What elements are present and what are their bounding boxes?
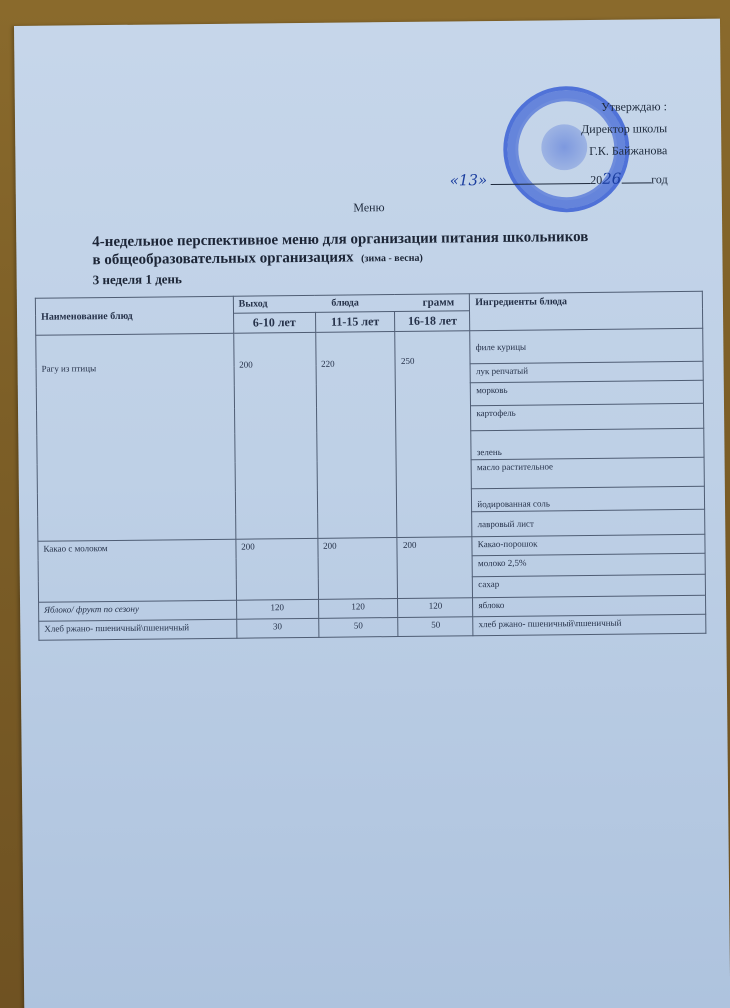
approval-date: «13» 2026год bbox=[450, 167, 668, 192]
ingredient: молоко 2,5% bbox=[472, 553, 705, 576]
ingredient: зелень bbox=[471, 428, 704, 459]
header-age-6-10: 6-10 лет bbox=[233, 312, 315, 333]
portion-16-18: 120 bbox=[398, 598, 473, 618]
approval-signatory: Г.К. Байжанова bbox=[449, 139, 667, 163]
dish-name: Яблоко/ фрукт по сезону bbox=[39, 600, 237, 621]
header-yield-3: грамм bbox=[423, 296, 455, 308]
ingredient: картофель bbox=[471, 403, 704, 430]
ingredient: яблоко bbox=[473, 595, 706, 616]
portion-11-15: 200 bbox=[317, 538, 398, 600]
week-day-label: 3 неделя 1 день bbox=[93, 266, 589, 289]
approval-day: «13» bbox=[450, 171, 488, 189]
portion-11-15: 220 bbox=[315, 332, 397, 539]
approval-block: Утверждаю : Директор школы Г.К. Байжанов… bbox=[449, 95, 668, 192]
header-age-11-15: 11-15 лет bbox=[315, 312, 395, 333]
document-page: Утверждаю : Директор школы Г.К. Байжанов… bbox=[14, 19, 730, 1008]
year-word: год bbox=[651, 172, 668, 186]
menu-table: Наименование блюд Выход блюда грамм Ингр… bbox=[35, 291, 707, 641]
ingredient: сахар bbox=[473, 574, 706, 597]
ingredient: филе курицы bbox=[470, 328, 703, 363]
portion-16-18: 250 bbox=[395, 331, 472, 538]
approval-position: Директор школы bbox=[449, 117, 667, 141]
portion-6-10: 200 bbox=[236, 538, 318, 600]
portion-16-18: 50 bbox=[398, 617, 473, 637]
dish-name: Какао с молоком bbox=[38, 539, 236, 602]
portion-6-10: 200 bbox=[233, 332, 317, 539]
header-dish-name: Наименование блюд bbox=[35, 296, 233, 335]
document-title: 4-недельное перспективное меню для орган… bbox=[92, 228, 589, 289]
dish-name: Хлеб ржано- пшеничный\пшеничный bbox=[39, 619, 237, 640]
dish-name: Рагу из птицы bbox=[36, 333, 236, 541]
approval-month-blank bbox=[490, 171, 590, 185]
year-suffix: 26 bbox=[602, 170, 621, 188]
portion-11-15: 50 bbox=[318, 618, 398, 638]
ingredient: морковь bbox=[471, 380, 704, 405]
header-age-16-18: 16-18 лет bbox=[395, 311, 470, 332]
portion-6-10: 30 bbox=[236, 618, 318, 638]
header-yield-2: блюда bbox=[331, 297, 359, 309]
ingredient: хлеб ржано- пшеничный\пшеничный bbox=[473, 614, 706, 635]
ingredient: Какао-порошок bbox=[472, 534, 705, 555]
title-line-2: в общеобразовательных организациях bbox=[92, 249, 353, 268]
portion-11-15: 120 bbox=[318, 599, 398, 619]
portion-16-18: 200 bbox=[397, 537, 473, 599]
year-blank bbox=[621, 170, 651, 183]
approval-heading: Утверждаю : bbox=[449, 95, 667, 119]
header-yield-1: Выход bbox=[239, 298, 268, 310]
menu-label: Меню bbox=[16, 197, 722, 219]
ingredient: йодированная соль bbox=[472, 486, 705, 511]
ingredient: лук репчатый bbox=[470, 361, 703, 382]
ingredient: лавровый лист bbox=[472, 509, 705, 536]
year-prefix: 20 bbox=[590, 173, 602, 187]
portion-6-10: 120 bbox=[236, 599, 318, 619]
season-label: (зима - весна) bbox=[361, 253, 423, 265]
ingredient: масло растительное bbox=[471, 457, 704, 488]
header-ingredients: Ингредиенты блюда bbox=[470, 291, 703, 330]
